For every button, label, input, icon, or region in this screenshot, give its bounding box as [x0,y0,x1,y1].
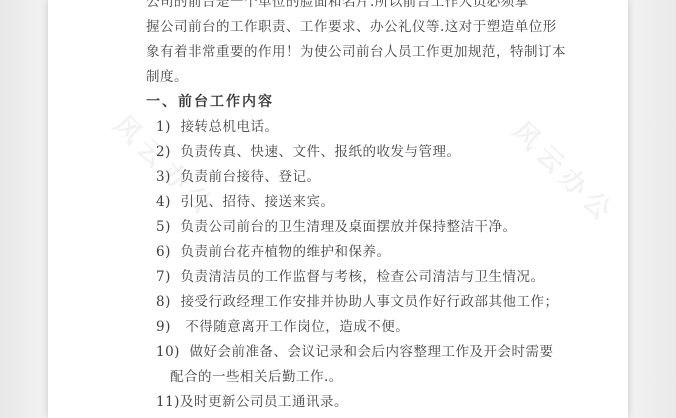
list-item: 8) 接受行政经理工作安排并协助人事文员作好行政部其他工作； [48,290,628,315]
list-item: 1) 接转总机电话。 [48,115,628,140]
duties-list: 1) 接转总机电话。 2) 负责传真、快速、文件、报纸的收发与管理。 3) 负责… [48,115,628,415]
list-item: 2) 负责传真、快速、文件、报纸的收发与管理。 [48,140,628,165]
app-background: 风云办公 风云办公 公司的前台是一个单位的脸面和名片.所以前台工作人员必须掌 握… [0,0,676,418]
list-item-continuation: 配合的一些相关后勤工作.。 [48,365,628,390]
list-item: 4) 引见、招待、接送来宾。 [48,190,628,215]
document-content: 公司的前台是一个单位的脸面和名片.所以前台工作人员必须掌 握公司前台的工作职责、… [48,0,628,415]
list-item: 7) 负责清洁员的工作监督与考核，检查公司清洁与卫生情况。 [48,265,628,290]
section-heading: 一、前台工作内容 [48,90,628,115]
list-item: 9) 不得随意离开工作岗位，造成不便。 [48,315,628,340]
intro-paragraph: 公司的前台是一个单位的脸面和名片.所以前台工作人员必须掌 握公司前台的工作职责、… [48,0,628,90]
document-page: 风云办公 风云办公 公司的前台是一个单位的脸面和名片.所以前台工作人员必须掌 握… [48,0,628,418]
list-item: 6) 负责前台花卉植物的维护和保养。 [48,240,628,265]
list-item: 11)及时更新公司员工通讯录。 [48,390,628,415]
paragraph-line: 象有着非常重要的作用！为使公司前台人员工作更加规范，特制订本 [146,40,628,65]
paragraph-line: 制度。 [146,65,628,90]
list-item: 3) 负责前台接待、登记。 [48,165,628,190]
list-item: 10) 做好会前准备、会议记录和会后内容整理工作及开会时需要 [48,340,628,365]
paragraph-line: 公司的前台是一个单位的脸面和名片.所以前台工作人员必须掌 [146,0,628,15]
paragraph-line: 握公司前台的工作职责、工作要求、办公礼仪等.这对于塑造单位形 [146,15,628,40]
list-item: 5) 负责公司前台的卫生清理及桌面摆放并保持整洁干净。 [48,215,628,240]
